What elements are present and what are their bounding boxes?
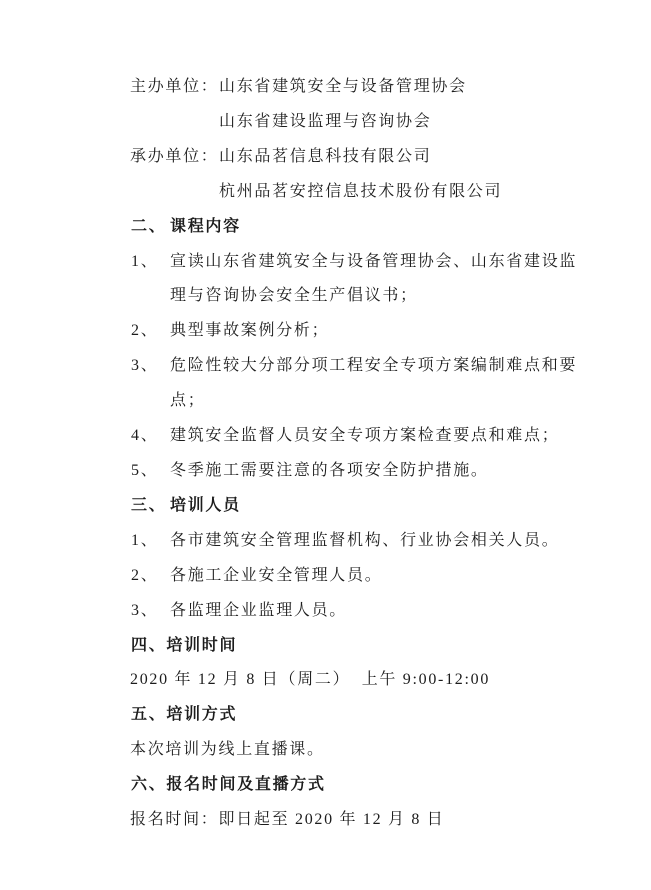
organizer-name: 山东品茗信息科技有限公司: [219, 140, 651, 175]
list-item-number: 4、: [131, 419, 170, 454]
list-item: 3、 各监理企业监理人员。: [131, 594, 651, 629]
list-item-number: 2、: [131, 314, 170, 349]
list-item: 2、 典型事故案例分析；: [131, 314, 651, 349]
list-item: 5、 冬季施工需要注意的各项安全防护措施。: [131, 454, 651, 489]
list-item-number: 1、: [131, 245, 170, 315]
section-heading-4: 四、培训时间: [131, 629, 651, 664]
list-item-number: 5、: [131, 454, 170, 489]
organizer-name: 杭州品茗安控信息技术股份有限公司: [219, 175, 651, 210]
organizer-label-spacer: [130, 105, 219, 140]
section-heading-title: 培训人员: [170, 489, 651, 524]
organizer-row-host: 主办单位： 山东省建筑安全与设备管理协会: [130, 70, 651, 105]
section-heading-number: 二、: [131, 210, 170, 245]
document-page: 主办单位： 山东省建筑安全与设备管理协会 山东省建设监理与咨询协会 承办单位： …: [0, 0, 651, 890]
list-item-text: 典型事故案例分析；: [170, 314, 582, 349]
list-item-text: 建筑安全监督人员安全专项方案检查要点和难点；: [170, 419, 582, 454]
list-item: 3、 危险性较大分部分项工程安全专项方案编制难点和要点；: [131, 349, 651, 419]
organizer-label-undertaker: 承办单位：: [130, 140, 219, 175]
list-item-number: 3、: [131, 594, 170, 629]
list-item-text: 各施工企业安全管理人员。: [170, 559, 582, 594]
section-heading-3: 三、 培训人员: [131, 489, 651, 524]
list-item-number: 1、: [131, 524, 170, 559]
organizer-name: 山东省建设监理与咨询协会: [219, 105, 651, 140]
organizer-row-undertaker: 承办单位： 山东品茗信息科技有限公司: [130, 140, 651, 175]
list-item-text: 宣读山东省建筑安全与设备管理协会、山东省建设监理与咨询协会安全生产倡议书；: [170, 245, 582, 315]
organizer-label-host: 主办单位：: [130, 70, 219, 105]
list-item-number: 2、: [131, 559, 170, 594]
list-item-text: 各市建筑安全管理监督机构、行业协会相关人员。: [170, 524, 582, 559]
section-heading-number: 三、: [131, 489, 170, 524]
training-datetime: 2020 年 12 月 8 日（周二） 上午 9:00-12:00: [130, 663, 651, 698]
section-heading-title: 课程内容: [170, 210, 651, 245]
list-item: 1、 宣读山东省建筑安全与设备管理协会、山东省建设监理与咨询协会安全生产倡议书；: [131, 245, 651, 315]
list-item: 4、 建筑安全监督人员安全专项方案检查要点和难点；: [131, 419, 651, 454]
list-item-text: 冬季施工需要注意的各项安全防护措施。: [170, 454, 582, 489]
list-item: 1、 各市建筑安全管理监督机构、行业协会相关人员。: [131, 524, 651, 559]
list-item-text: 危险性较大分部分项工程安全专项方案编制难点和要点；: [170, 349, 582, 419]
section-heading-5: 五、培训方式: [131, 698, 651, 733]
list-item-number: 3、: [131, 349, 170, 419]
organizer-row-host-cont: 山东省建设监理与咨询协会: [130, 105, 651, 140]
organizer-label-spacer: [130, 175, 219, 210]
registration-time: 报名时间：即日起至 2020 年 12 月 8 日: [130, 803, 651, 838]
section-heading-2: 二、 课程内容: [131, 210, 651, 245]
list-item-text: 各监理企业监理人员。: [170, 594, 582, 629]
organizer-name: 山东省建筑安全与设备管理协会: [219, 70, 651, 105]
section-heading-6: 六、报名时间及直播方式: [131, 768, 651, 803]
training-method: 本次培训为线上直播课。: [130, 733, 651, 768]
organizer-row-undertaker-cont: 杭州品茗安控信息技术股份有限公司: [130, 175, 651, 210]
list-item: 2、 各施工企业安全管理人员。: [131, 559, 651, 594]
